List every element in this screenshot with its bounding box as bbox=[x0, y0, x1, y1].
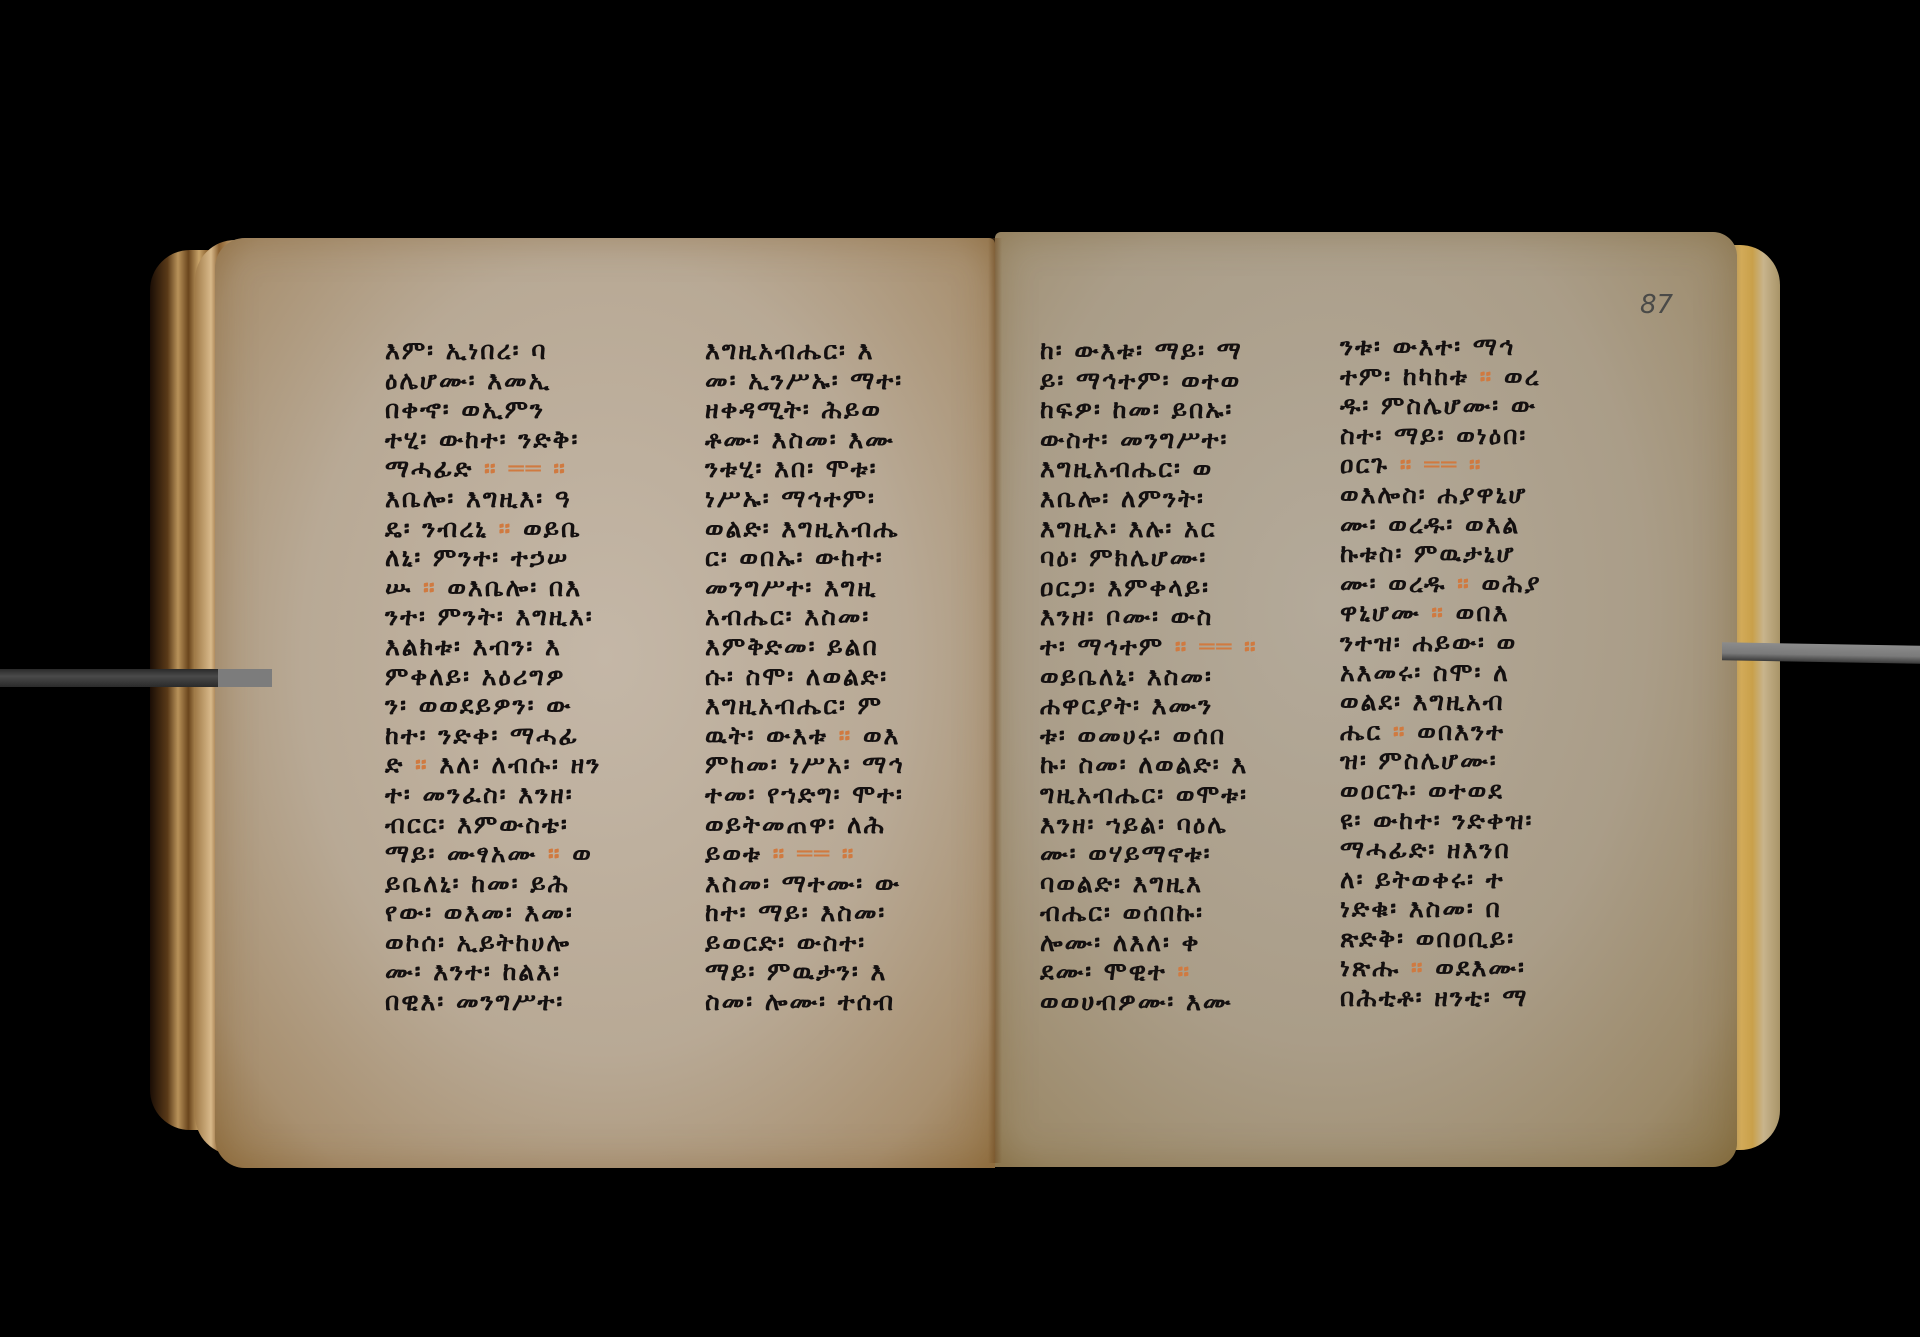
manuscript-line: ንተዝ፡ ሐይው፡ ወ bbox=[1340, 628, 1542, 658]
page-marker-left-tip bbox=[218, 669, 272, 687]
rubric-punctuation: ። bbox=[499, 514, 513, 543]
manuscript-line: የው፡ ወእመ፡ እመ፡ bbox=[385, 898, 601, 928]
rubric-punctuation: ። bbox=[773, 839, 787, 868]
manuscript-line: ግዚአብሔር፡ ወሞቱ፡ bbox=[1040, 780, 1258, 810]
manuscript-line: ሙ፡ ወሃይማኖቱ፡ bbox=[1040, 839, 1258, 869]
manuscript-line: ዩ፡ ውከተ፡ ንድቀዝ፡ bbox=[1340, 806, 1542, 836]
manuscript-line: ወኮሰ፡ ኢይትከሀሎ bbox=[385, 928, 601, 958]
manuscript-line: ምቀለይ፡ አዕሪግዎ bbox=[385, 662, 601, 692]
manuscript-line: ተ፡ ማኅተም ። ══ ። bbox=[1040, 632, 1258, 662]
manuscript-line: እግዚኦ፡ እሉ፡ አር bbox=[1040, 514, 1258, 544]
manuscript-line: ተሂ፡ ውከተ፡ ንድቅ፡ bbox=[385, 425, 601, 455]
manuscript-line: ተም፡ ከካከቱ ። ወረ bbox=[1340, 362, 1542, 392]
manuscript-line: ደሙ፡ ሞዊተ ። bbox=[1040, 957, 1258, 987]
manuscript-line: ዱ፡ ምስሌሆሙ፡ ው bbox=[1340, 391, 1542, 421]
manuscript-line: እቤሎ፡ ለምንት፡ bbox=[1040, 484, 1258, 514]
rubric-divider: ══ bbox=[797, 839, 831, 868]
manuscript-line: ኩ፡ ስመ፡ ለወልድ፡ እ bbox=[1040, 750, 1258, 780]
page-marker-right bbox=[1722, 642, 1920, 663]
manuscript-line: እልክቱ፡ እብን፡ እ bbox=[385, 632, 601, 662]
manuscript-line: ማይ፡ ምዉታን፡ እ bbox=[705, 957, 905, 987]
manuscript-line: ብርር፡ እምውስቴ፡ bbox=[385, 810, 601, 840]
manuscript-line: በሕቲቶ፡ ዘንቲ፡ ማ bbox=[1340, 983, 1542, 1013]
manuscript-line: ከተ፡ ማይ፡ እስመ፡ bbox=[705, 898, 905, 928]
rubric-divider: ══ bbox=[1424, 450, 1458, 479]
manuscript-line: እም፡ ኢነበረ፡ ባ bbox=[385, 336, 601, 366]
rubric-punctuation: ። bbox=[839, 721, 853, 750]
text-column-4: ንቱ፡ ውእተ፡ ማኅተም፡ ከካከቱ ። ወረዱ፡ ምስሌሆሙ፡ ውስተ፡ ማ… bbox=[1340, 332, 1542, 1013]
text-column-2: እግዚአብሔር፡ እመ፡ ኢንሥኡ፡ ማተ፡ዘቀዳሚት፡ ሕይወቶሙ፡ እስመ፡… bbox=[705, 336, 905, 1017]
rubric-punctuation: ። bbox=[1469, 450, 1483, 479]
manuscript-line: ዝ፡ ምስሌሆሙ፡ bbox=[1340, 746, 1542, 776]
manuscript-line: ዉት፡ ውእቱ ። ወእ bbox=[705, 721, 905, 751]
manuscript-line: ወልደ፡ እግዚአብ bbox=[1340, 687, 1542, 717]
manuscript-line: መ፡ ኢንሥኡ፡ ማተ፡ bbox=[705, 366, 905, 396]
manuscript-line: ወዐርጉ፡ ወተወደ bbox=[1340, 776, 1542, 806]
manuscript-line: አብሔር፡ እስመ፡ bbox=[705, 602, 905, 632]
rubric-divider: ══ bbox=[1199, 632, 1233, 661]
rubric-punctuation: ። bbox=[423, 573, 437, 602]
rubric-punctuation: ። bbox=[415, 750, 429, 779]
text-column-1: እም፡ ኢነበረ፡ ባዕሌሆሙ፡ እመኢበቀኆ፡ ወኢምንተሂ፡ ውከተ፡ ንድ… bbox=[385, 336, 601, 1017]
manuscript-line: እግዚአብሔር፡ ም bbox=[705, 691, 905, 721]
manuscript-line: በቀኆ፡ ወኢምን bbox=[385, 395, 601, 425]
manuscript-line: ዐርጋ፡ እምቀላይ፡ bbox=[1040, 573, 1258, 603]
manuscript-line: ብሔር፡ ወሰበኩ፡ bbox=[1040, 898, 1258, 928]
rubric-punctuation: ። bbox=[842, 839, 856, 868]
manuscript-line: አእመሩ፡ ስሞ፡ ለ bbox=[1340, 658, 1542, 688]
rubric-punctuation: ። bbox=[484, 454, 498, 483]
rubric-punctuation: ። bbox=[1480, 362, 1494, 391]
manuscript-line: ባወልድ፡ እግዚእ bbox=[1040, 869, 1258, 899]
manuscript-line: ማይ፡ ሙፃአሙ ። ወ bbox=[385, 839, 601, 869]
manuscript-line: ስተ፡ ማይ፡ ወነዕበ፡ bbox=[1340, 421, 1542, 451]
manuscript-line: ንቱ፡ ውእተ፡ ማኅ bbox=[1340, 332, 1542, 362]
rubric-punctuation: ። bbox=[1244, 632, 1258, 661]
manuscript-line: ይ፡ ማኅተም፡ ወተወ bbox=[1040, 366, 1258, 396]
manuscript-line: ከ፡ ውእቱ፡ ማይ፡ ማ bbox=[1040, 336, 1258, 366]
manuscript-line: መንግሥተ፡ እግዚ bbox=[705, 573, 905, 603]
manuscript-line: ቶሙ፡ እስመ፡ እሙ bbox=[705, 425, 905, 455]
manuscript-line: ባዕ፡ ምክሌሆሙ፡ bbox=[1040, 543, 1258, 573]
manuscript-line: እቤሎ፡ እግዚእ፡ ዓ bbox=[385, 484, 601, 514]
rubric-punctuation: ። bbox=[1393, 717, 1407, 746]
rubric-punctuation: ። bbox=[1457, 569, 1471, 598]
manuscript-line: ስመ፡ ሎሙ፡ ተሰብ bbox=[705, 987, 905, 1017]
rubric-punctuation: ። bbox=[1431, 598, 1445, 627]
manuscript-line: ይቤለኒ፡ ከመ፡ ይሕ bbox=[385, 869, 601, 899]
manuscript-line: ለ፡ ይትወቀሩ፡ ተ bbox=[1340, 865, 1542, 895]
manuscript-line: እግዚአብሔር፡ ወ bbox=[1040, 454, 1258, 484]
rubric-punctuation: ። bbox=[1400, 450, 1414, 479]
manuscript-line: ወልድ፡ እግዚአብሔ bbox=[705, 514, 905, 544]
manuscript-line: ኩቱስ፡ ምዉታኒሆ bbox=[1340, 539, 1542, 569]
manuscript-line: ማሓፊድ፡ ዘእንበ bbox=[1340, 835, 1542, 865]
manuscript-line: ተመ፡ የኀድግ፡ ሞተ፡ bbox=[705, 780, 905, 810]
manuscript-line: ለኒ፡ ምንተ፡ ተኃሠ bbox=[385, 543, 601, 573]
manuscript-line: ዘቀዳሚት፡ ሕይወ bbox=[705, 395, 905, 425]
manuscript-line: ን፡ ወወደይዎን፡ ው bbox=[385, 691, 601, 721]
manuscript-line: ይወርድ፡ ውስተ፡ bbox=[705, 928, 905, 958]
manuscript-line: ንተ፡ ምንት፡ እግዚእ፡ bbox=[385, 602, 601, 632]
manuscript-line: ወወሀብዎሙ፡ እሙ bbox=[1040, 987, 1258, 1017]
rubric-punctuation: ። bbox=[553, 454, 567, 483]
manuscript-line: ሙ፡ እንተ፡ ከልእ፡ bbox=[385, 957, 601, 987]
manuscript-line: ከተ፡ ንድቀ፡ ማሓፊ bbox=[385, 721, 601, 751]
rubric-punctuation: ። bbox=[548, 839, 562, 868]
manuscript-line: ር፡ ወበኡ፡ ውከተ፡ bbox=[705, 543, 905, 573]
manuscript-line: ሙ፡ ወረዱ፡ ወእል bbox=[1340, 510, 1542, 540]
manuscript-line: ንቱሂ፡ እበ፡ ሞቱ፡ bbox=[705, 454, 905, 484]
manuscript-line: ሔር ። ወበእንተ bbox=[1340, 717, 1542, 747]
manuscript-line: ሎሙ፡ ለእለ፡ ቀ bbox=[1040, 928, 1258, 958]
manuscript-line: ነሥኡ፡ ማኅተም፡ bbox=[705, 484, 905, 514]
manuscript-line: ወእሎስ፡ ሐያዋኒሆ bbox=[1340, 480, 1542, 510]
text-column-3: ከ፡ ውእቱ፡ ማይ፡ ማይ፡ ማኅተም፡ ወተወከፍዎ፡ ከመ፡ ይበኡ፡ውስ… bbox=[1040, 336, 1258, 1017]
manuscript-line: ዋኒሆሙ ። ወበእ bbox=[1340, 598, 1542, 628]
manuscript-line: ሡ ። ወእቤሎ፡ በእ bbox=[385, 573, 601, 603]
manuscript-line: ድ ። እለ፡ ለብሱ፡ ዘን bbox=[385, 750, 601, 780]
manuscript-line: ማሓፊድ ። ══ ። bbox=[385, 454, 601, 484]
manuscript-line: ቱ፡ ወመሀሩ፡ ወሰበ bbox=[1040, 721, 1258, 751]
manuscript-line: ይወቱ ። ══ ። bbox=[705, 839, 905, 869]
manuscript-line: ወይትመጠዋ፡ ለሕ bbox=[705, 810, 905, 840]
manuscript-line: ነጽሑ ። ወደእሙ፡ bbox=[1340, 953, 1542, 983]
manuscript-line: ነድቁ፡ እስመ፡ በ bbox=[1340, 894, 1542, 924]
book-gutter bbox=[988, 238, 1002, 1163]
manuscript-line: ዐርጉ ። ══ ። bbox=[1340, 450, 1542, 480]
manuscript-line: እንዘ፡ ቦሙ፡ ውስ bbox=[1040, 602, 1258, 632]
manuscript-line: ተ፡ መንፈስ፡ እንዘ፡ bbox=[385, 780, 601, 810]
rubric-punctuation: ። bbox=[1411, 953, 1425, 982]
manuscript-line: ዕሌሆሙ፡ እመኢ bbox=[385, 366, 601, 396]
manuscript-line: ጽድቅ፡ ወበዐቢይ፡ bbox=[1340, 924, 1542, 954]
rubric-divider: ══ bbox=[508, 454, 542, 483]
folio-number: 87 bbox=[1640, 290, 1673, 320]
manuscript-line: እግዚአብሔር፡ እ bbox=[705, 336, 905, 366]
manuscript-line: በዊእ፡ መንግሥተ፡ bbox=[385, 987, 601, 1017]
manuscript-line: ወይቤለኒ፡ እስመ፡ bbox=[1040, 662, 1258, 692]
rubric-punctuation: ። bbox=[1178, 957, 1192, 986]
manuscript-line: እስመ፡ ማተሙ፡ ው bbox=[705, 869, 905, 899]
manuscript-line: እምቅድመ፡ ይልበ bbox=[705, 632, 905, 662]
manuscript-line: ዴ፡ ንብረኒ ። ወይቤ bbox=[385, 514, 601, 544]
manuscript-line: እንዘ፡ ኀይል፡ ባዕሌ bbox=[1040, 810, 1258, 840]
manuscript-line: ከፍዎ፡ ከመ፡ ይበኡ፡ bbox=[1040, 395, 1258, 425]
manuscript-photo: 87 እም፡ ኢነበረ፡ ባዕሌሆሙ፡ እመኢበቀኆ፡ ወኢምንተሂ፡ ውከተ፡… bbox=[0, 0, 1920, 1337]
manuscript-line: ምከመ፡ ነሥአ፡ ማኅ bbox=[705, 750, 905, 780]
manuscript-line: ሙ፡ ወረዱ ። ወሕያ bbox=[1340, 569, 1542, 599]
manuscript-line: ውስተ፡ መንግሥተ፡ bbox=[1040, 425, 1258, 455]
manuscript-line: ሐዋርያት፡ እሙን bbox=[1040, 691, 1258, 721]
rubric-punctuation: ። bbox=[1175, 632, 1189, 661]
manuscript-line: ሱ፡ ስሞ፡ ለወልድ፡ bbox=[705, 662, 905, 692]
